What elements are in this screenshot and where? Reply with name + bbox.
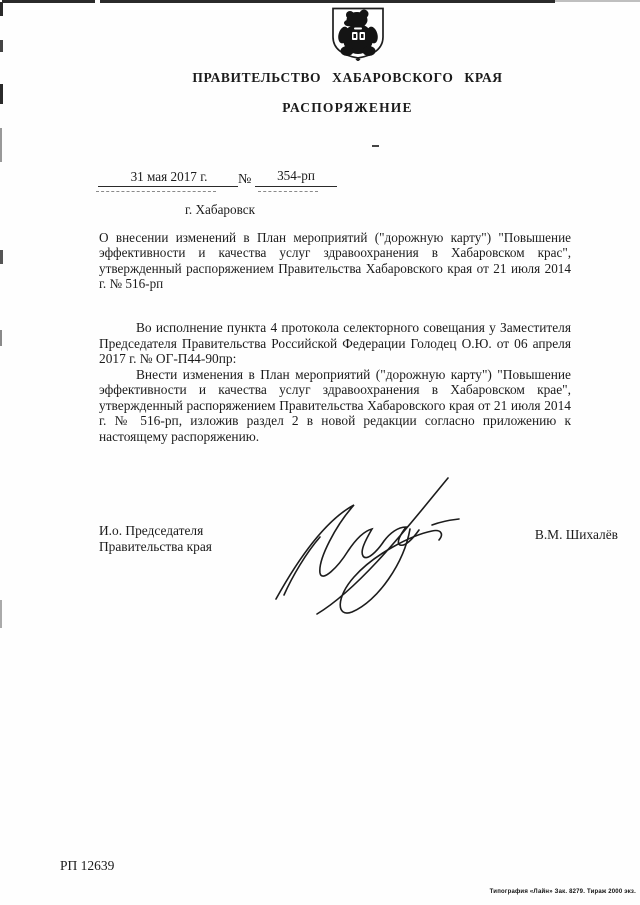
document-page: ПРАВИТЕЛЬСТВО ХАБАРОВСКОГО КРАЯ РАСПОРЯЖ… [0,0,640,905]
number-underline [255,186,337,187]
scan-artifact-speck [372,145,379,147]
handwritten-signature [262,477,467,617]
scan-artifact-left-edge [0,40,3,52]
scan-artifact-left-edge [0,128,2,162]
scan-artifact-top-edge [2,0,95,3]
registration-code: РП 12639 [60,858,114,874]
document-type-title: РАСПОРЯЖЕНИЕ [60,100,635,116]
signer-position-line2: Правительства края [99,539,212,555]
signer-name: В.М. Шихалёв [535,527,618,543]
number-underline-dashed [258,191,318,192]
scan-artifact-left-edge [0,84,3,104]
document-number: 354-рп [256,168,336,184]
document-date: 31 мая 2017 г. [100,169,238,185]
scan-artifact-left-edge [0,600,2,628]
scan-artifact-top-edge [555,0,640,2]
scan-artifact-left-edge [0,2,3,16]
org-name-title: ПРАВИТЕЛЬСТВО ХАБАРОВСКОГО КРАЯ [60,70,635,86]
typography-print-info: Типография «Лайн» Зак. 8279. Тираж 2000 … [490,889,636,895]
body-paragraph-1: Во исполнение пункта 4 протокола селекто… [99,320,571,367]
scan-artifact-left-edge [0,250,3,264]
date-underline [98,186,238,187]
date-underline-dashed [96,191,216,192]
document-subject: О внесении изменений в План мероприятий … [99,230,571,291]
document-body: Во исполнение пункта 4 протокола селекто… [99,320,571,444]
signer-position-line1: И.о. Председателя [99,523,212,539]
scan-artifact-top-edge [100,0,555,3]
document-city: г. Хабаровск [150,202,290,218]
coat-of-arms-khabarovsk-bear-icon [329,7,387,61]
body-paragraph-2: Внести изменения в План мероприятий ("до… [99,367,571,445]
signer-position: И.о. Председателя Правительства края [99,523,212,554]
number-sign-label: № [238,172,251,188]
scan-artifact-left-edge [0,330,2,346]
